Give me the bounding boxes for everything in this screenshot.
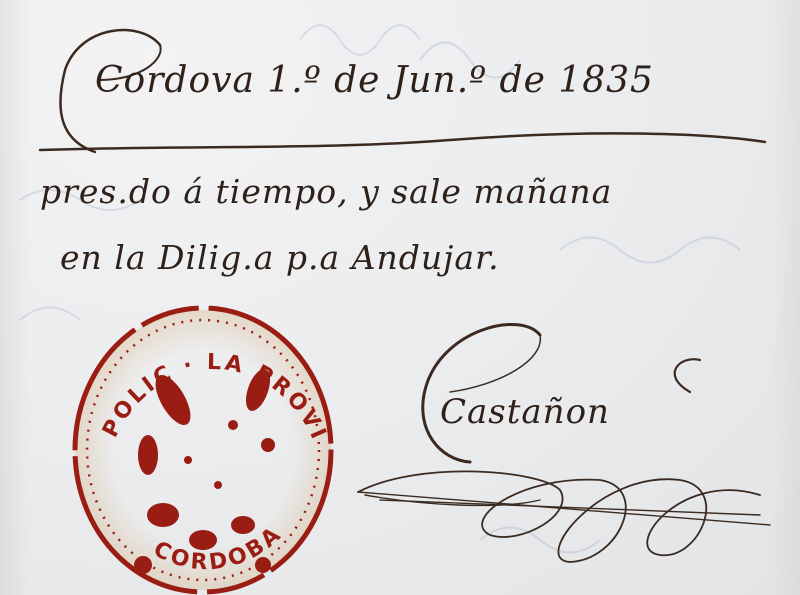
- signature-rubric: [0, 0, 800, 595]
- document-page: Cordova 1.º de Jun.º de 1835 pres.do á t…: [0, 0, 800, 595]
